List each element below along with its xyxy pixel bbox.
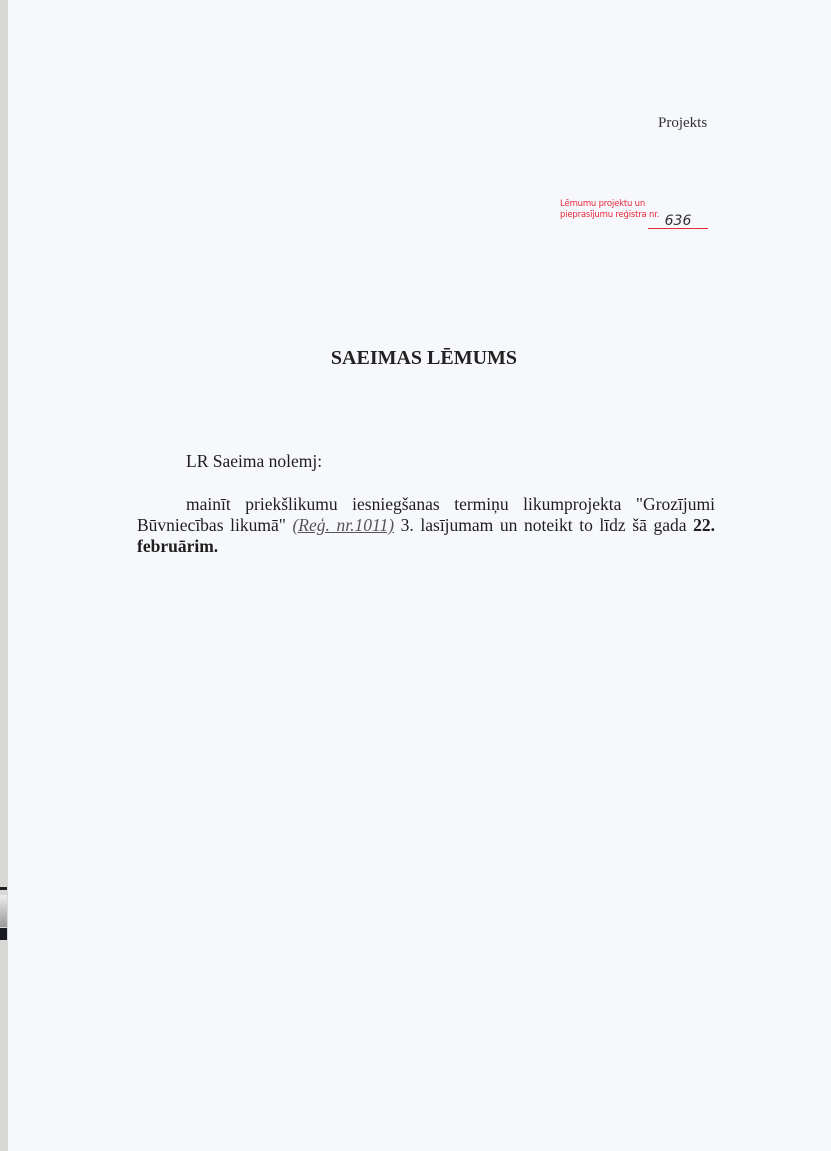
scan-mark — [0, 895, 7, 927]
paragraph-text: 3. lasījumam un noteikt to līdz šā gada — [394, 515, 693, 535]
scan-edge — [0, 0, 8, 1151]
document-title: SAEIMAS LĒMUMS — [0, 347, 831, 370]
scan-mark — [0, 887, 7, 890]
decision-paragraph: mainīt priekšlikumu iesniegšanas termiņu… — [137, 494, 715, 557]
document-page — [8, 0, 831, 1151]
intro-text: LR Saeima nolemj: — [186, 451, 322, 472]
registration-number: (Reģ. nr.1011) — [292, 515, 394, 535]
scan-mark — [0, 928, 7, 940]
stamp-line-1: Lēmumu projektu un — [560, 199, 659, 210]
projekts-label: Projekts — [658, 115, 707, 132]
stamp-line-2: pieprasījumu reģistra nr. — [560, 210, 659, 221]
stamp-number: 636 — [648, 214, 708, 229]
registry-stamp: Lēmumu projektu un pieprasījumu reģistra… — [560, 199, 659, 221]
